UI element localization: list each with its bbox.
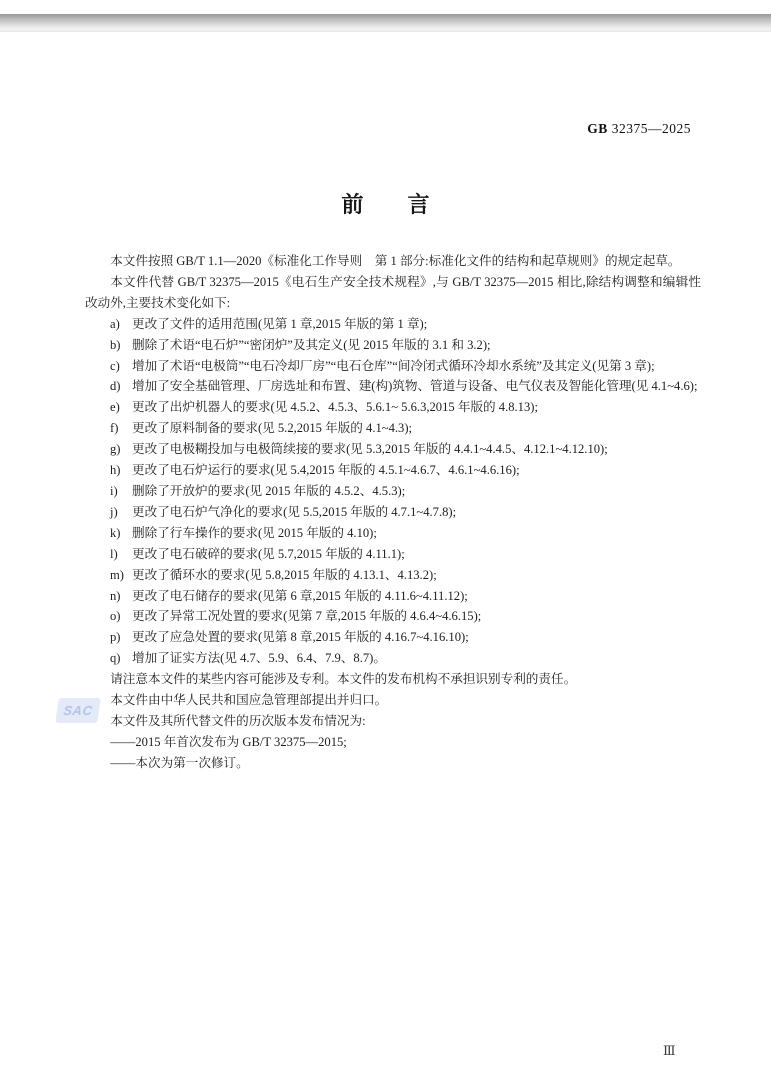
list-item-text: 更改了原料制备的要求(见 5.2,2015 年版的 4.1~4.3); (132, 421, 412, 435)
revision-history: ——2015 年首次发布为 GB/T 32375—2015;——本次为第一次修订… (85, 732, 701, 774)
list-item-label: k) (110, 523, 121, 544)
list-item: n) 更改了电石储存的要求(见第 6 章,2015 年版的 4.11.6~4.1… (85, 586, 701, 607)
list-item-text: 更改了异常工况处置的要求(见第 7 章,2015 年版的 4.6.4~4.6.1… (132, 609, 481, 623)
document-page: GB32375—2025 前 言 本文件按照 GB/T 1.1—2020《标准化… (0, 0, 771, 1084)
paragraph: 本文件及其所代替文件的历次版本发布情况为: (85, 711, 701, 732)
list-item-text: 增加了安全基础管理、厂房选址和布置、建(构)筑物、管道与设备、电气仪表及智能化管… (132, 379, 697, 393)
intro-paragraphs: 本文件按照 GB/T 1.1—2020《标准化工作导则 第 1 部分:标准化文件… (85, 251, 701, 314)
list-item: h) 更改了电石炉运行的要求(见 5.4,2015 年版的 4.5.1~4.6.… (85, 460, 701, 481)
list-item-text: 更改了应急处置的要求(见第 8 章,2015 年版的 4.16.7~4.16.1… (132, 630, 469, 644)
list-item-label: b) (110, 335, 121, 356)
list-item-text: 删除了开放炉的要求(见 2015 年版的 4.5.2、4.5.3); (132, 484, 405, 498)
list-item: a) 更改了文件的适用范围(见第 1 章,2015 年版的第 1 章); (85, 314, 701, 335)
list-item-text: 删除了术语“电石炉”“密闭炉”及其定义(见 2015 年版的 3.1 和 3.2… (132, 338, 491, 352)
list-item-label: g) (110, 439, 121, 460)
list-item: j) 更改了电石炉气净化的要求(见 5.5,2015 年版的 4.7.1~4.7… (85, 502, 701, 523)
list-item-label: p) (110, 627, 121, 648)
list-item: l) 更改了电石破碎的要求(见 5.7,2015 年版的 4.11.1); (85, 544, 701, 565)
list-item-label: n) (110, 586, 121, 607)
list-item-text: 更改了电石储存的要求(见第 6 章,2015 年版的 4.11.6~4.11.1… (132, 589, 468, 603)
list-item-label: e) (110, 397, 120, 418)
closing-paragraphs: 请注意本文件的某些内容可能涉及专利。本文件的发布机构不承担识别专利的责任。本文件… (85, 669, 701, 732)
sac-watermark-logo: SAC (55, 698, 101, 723)
list-item: b) 删除了术语“电石炉”“密闭炉”及其定义(见 2015 年版的 3.1 和 … (85, 335, 701, 356)
list-item: d) 增加了安全基础管理、厂房选址和布置、建(构)筑物、管道与设备、电气仪表及智… (85, 376, 701, 397)
list-item-label: o) (110, 606, 121, 627)
list-item: o) 更改了异常工况处置的要求(见第 7 章,2015 年版的 4.6.4~4.… (85, 606, 701, 627)
page-title: 前 言 (0, 188, 771, 219)
list-item: q) 增加了证实方法(见 4.7、5.9、6.4、7.9、8.7)。 (85, 648, 701, 669)
list-item-label: m) (110, 565, 124, 586)
list-item-text: 删除了行车操作的要求(见 2015 年版的 4.10); (132, 526, 377, 540)
list-item: m) 更改了循环水的要求(见 5.8,2015 年版的 4.13.1、4.13.… (85, 565, 701, 586)
history-item: ——2015 年首次发布为 GB/T 32375—2015; (85, 732, 701, 753)
list-item-text: 更改了电石破碎的要求(见 5.7,2015 年版的 4.11.1); (132, 547, 405, 561)
list-item-text: 更改了电石炉运行的要求(见 5.4,2015 年版的 4.5.1~4.6.7、4… (132, 463, 520, 477)
list-item: c) 增加了术语“电极筒”“电石冷却厂房”“电石仓库”“间冷闭式循环冷却水系统”… (85, 356, 701, 377)
sac-watermark-text: SAC (62, 703, 93, 718)
list-item-label: q) (110, 648, 121, 669)
paragraph: 请注意本文件的某些内容可能涉及专利。本文件的发布机构不承担识别专利的责任。 (85, 669, 701, 690)
list-item-text: 增加了术语“电极筒”“电石冷却厂房”“电石仓库”“间冷闭式循环冷却水系统”及其定… (132, 359, 655, 373)
list-item-label: j) (110, 502, 118, 523)
list-item-label: f) (110, 418, 118, 439)
page-number: Ⅲ (663, 1043, 676, 1059)
list-item: f) 更改了原料制备的要求(见 5.2,2015 年版的 4.1~4.3); (85, 418, 701, 439)
list-item-label: h) (110, 460, 121, 481)
list-item: k) 删除了行车操作的要求(见 2015 年版的 4.10); (85, 523, 701, 544)
list-item-label: d) (110, 376, 121, 397)
list-item-label: c) (110, 356, 120, 377)
list-item-label: l) (110, 544, 118, 565)
paragraph: 本文件代替 GB/T 32375—2015《电石生产安全技术规程》,与 GB/T… (85, 272, 701, 314)
standard-number: 32375—2025 (612, 121, 691, 136)
list-item-text: 更改了循环水的要求(见 5.8,2015 年版的 4.13.1、4.13.2); (132, 568, 437, 582)
list-item: i) 删除了开放炉的要求(见 2015 年版的 4.5.2、4.5.3); (85, 481, 701, 502)
list-item-label: a) (110, 314, 120, 335)
list-item: e) 更改了出炉机器人的要求(见 4.5.2、4.5.3、5.6.1~ 5.6.… (85, 397, 701, 418)
list-item-text: 增加了证实方法(见 4.7、5.9、6.4、7.9、8.7)。 (132, 651, 386, 665)
list-item-text: 更改了电石炉气净化的要求(见 5.5,2015 年版的 4.7.1~4.7.8)… (132, 505, 456, 519)
standard-prefix: GB (587, 121, 608, 136)
list-item: g) 更改了电极糊投加与电极筒续接的要求(见 5.3,2015 年版的 4.4.… (85, 439, 701, 460)
standard-code: GB32375—2025 (587, 121, 691, 137)
foreword-content: 本文件按照 GB/T 1.1—2020《标准化工作导则 第 1 部分:标准化文件… (85, 251, 701, 774)
history-item: ——本次为第一次修订。 (85, 753, 701, 774)
list-item-text: 更改了电极糊投加与电极筒续接的要求(见 5.3,2015 年版的 4.4.1~4… (132, 442, 608, 456)
toolbar-edge-bar (0, 14, 771, 32)
list-item-text: 更改了文件的适用范围(见第 1 章,2015 年版的第 1 章); (132, 317, 427, 331)
list-item-label: i) (110, 481, 118, 502)
paragraph: 本文件由中华人民共和国应急管理部提出并归口。 (85, 690, 701, 711)
list-item: p) 更改了应急处置的要求(见第 8 章,2015 年版的 4.16.7~4.1… (85, 627, 701, 648)
changes-list: a) 更改了文件的适用范围(见第 1 章,2015 年版的第 1 章); b) … (85, 314, 701, 669)
paragraph: 本文件按照 GB/T 1.1—2020《标准化工作导则 第 1 部分:标准化文件… (85, 251, 701, 272)
list-item-text: 更改了出炉机器人的要求(见 4.5.2、4.5.3、5.6.1~ 5.6.3,2… (132, 400, 538, 414)
